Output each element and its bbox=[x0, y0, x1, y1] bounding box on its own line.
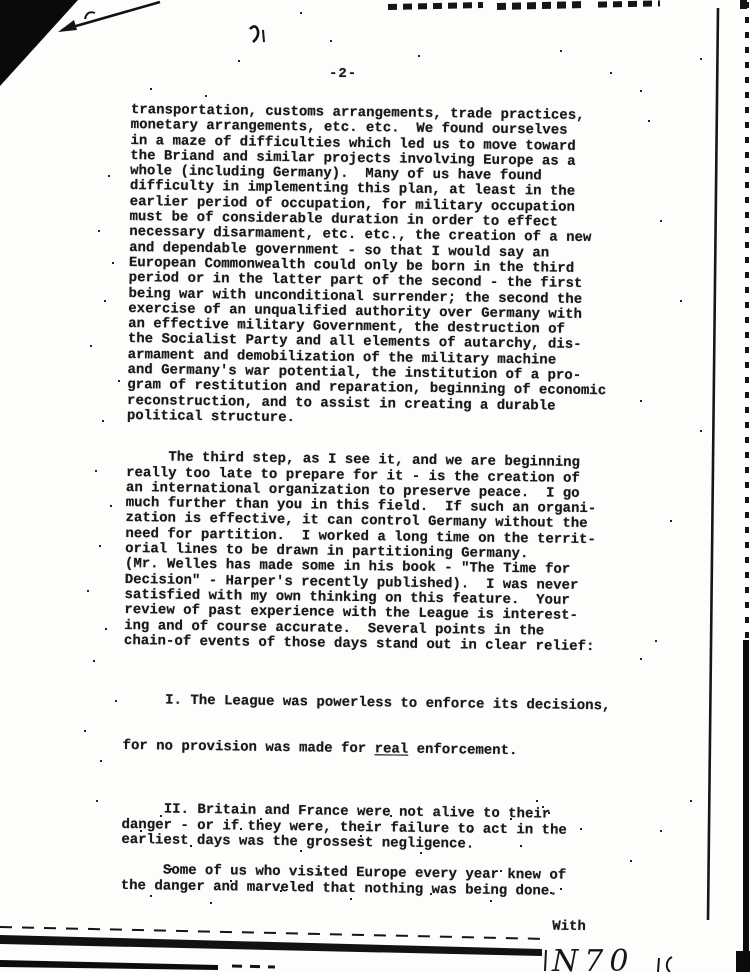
corner-fold-triangle bbox=[0, 0, 78, 86]
pen-arrow-line bbox=[62, 2, 160, 30]
pen-blob-mark bbox=[250, 26, 258, 42]
cutoff-header-mark bbox=[598, 0, 660, 7]
handwritten-stroke bbox=[545, 950, 546, 971]
document-page: -2- transportation, customs arrangements… bbox=[0, 0, 750, 972]
cutoff-header-mark bbox=[388, 2, 483, 10]
numbered-point-1: I. The League was powerless to enforce i… bbox=[122, 662, 664, 791]
handwritten-paren bbox=[667, 957, 672, 972]
paragraph-first-step: transportation, customs arrangements, tr… bbox=[127, 103, 671, 431]
page-number: -2- bbox=[329, 66, 357, 82]
cutoff-header-mark bbox=[497, 1, 587, 10]
bottom-toner-streak bbox=[0, 935, 542, 956]
scan-noise-speckles bbox=[0, 0, 2, 2]
paragraph-third-step: The third step, as I see it, and we are … bbox=[124, 450, 667, 656]
edge-smudge bbox=[740, 0, 747, 9]
bottom-bar-dash bbox=[232, 966, 275, 967]
pen-curl-mark bbox=[85, 12, 95, 19]
point-1-line-2: for no provision was made for real enfor… bbox=[122, 739, 662, 761]
closing-word: With bbox=[120, 914, 660, 936]
numbered-point-2: II. Britain and France were not alive to… bbox=[121, 802, 662, 855]
letter-body: transportation, customs arrangements, tr… bbox=[120, 103, 671, 936]
scan-vertical-line bbox=[708, 8, 718, 920]
point-1-line-2-post: enforcement. bbox=[408, 741, 517, 758]
point-1-line-1: I. The League was powerless to enforce i… bbox=[123, 693, 663, 715]
underlined-word: real bbox=[375, 741, 409, 757]
pen-arrowhead bbox=[58, 20, 77, 32]
point-1-line-2-pre: for no provision was made for bbox=[122, 738, 374, 757]
corner-block bbox=[736, 951, 750, 972]
pen-tick-mark bbox=[263, 30, 264, 42]
handwritten-mark-n70: N70 bbox=[552, 944, 634, 972]
bottom-solid-bar bbox=[0, 960, 218, 970]
paragraph-some-of-us: Some of us who visited Europe every year… bbox=[121, 863, 661, 901]
handwritten-tick bbox=[658, 958, 659, 972]
